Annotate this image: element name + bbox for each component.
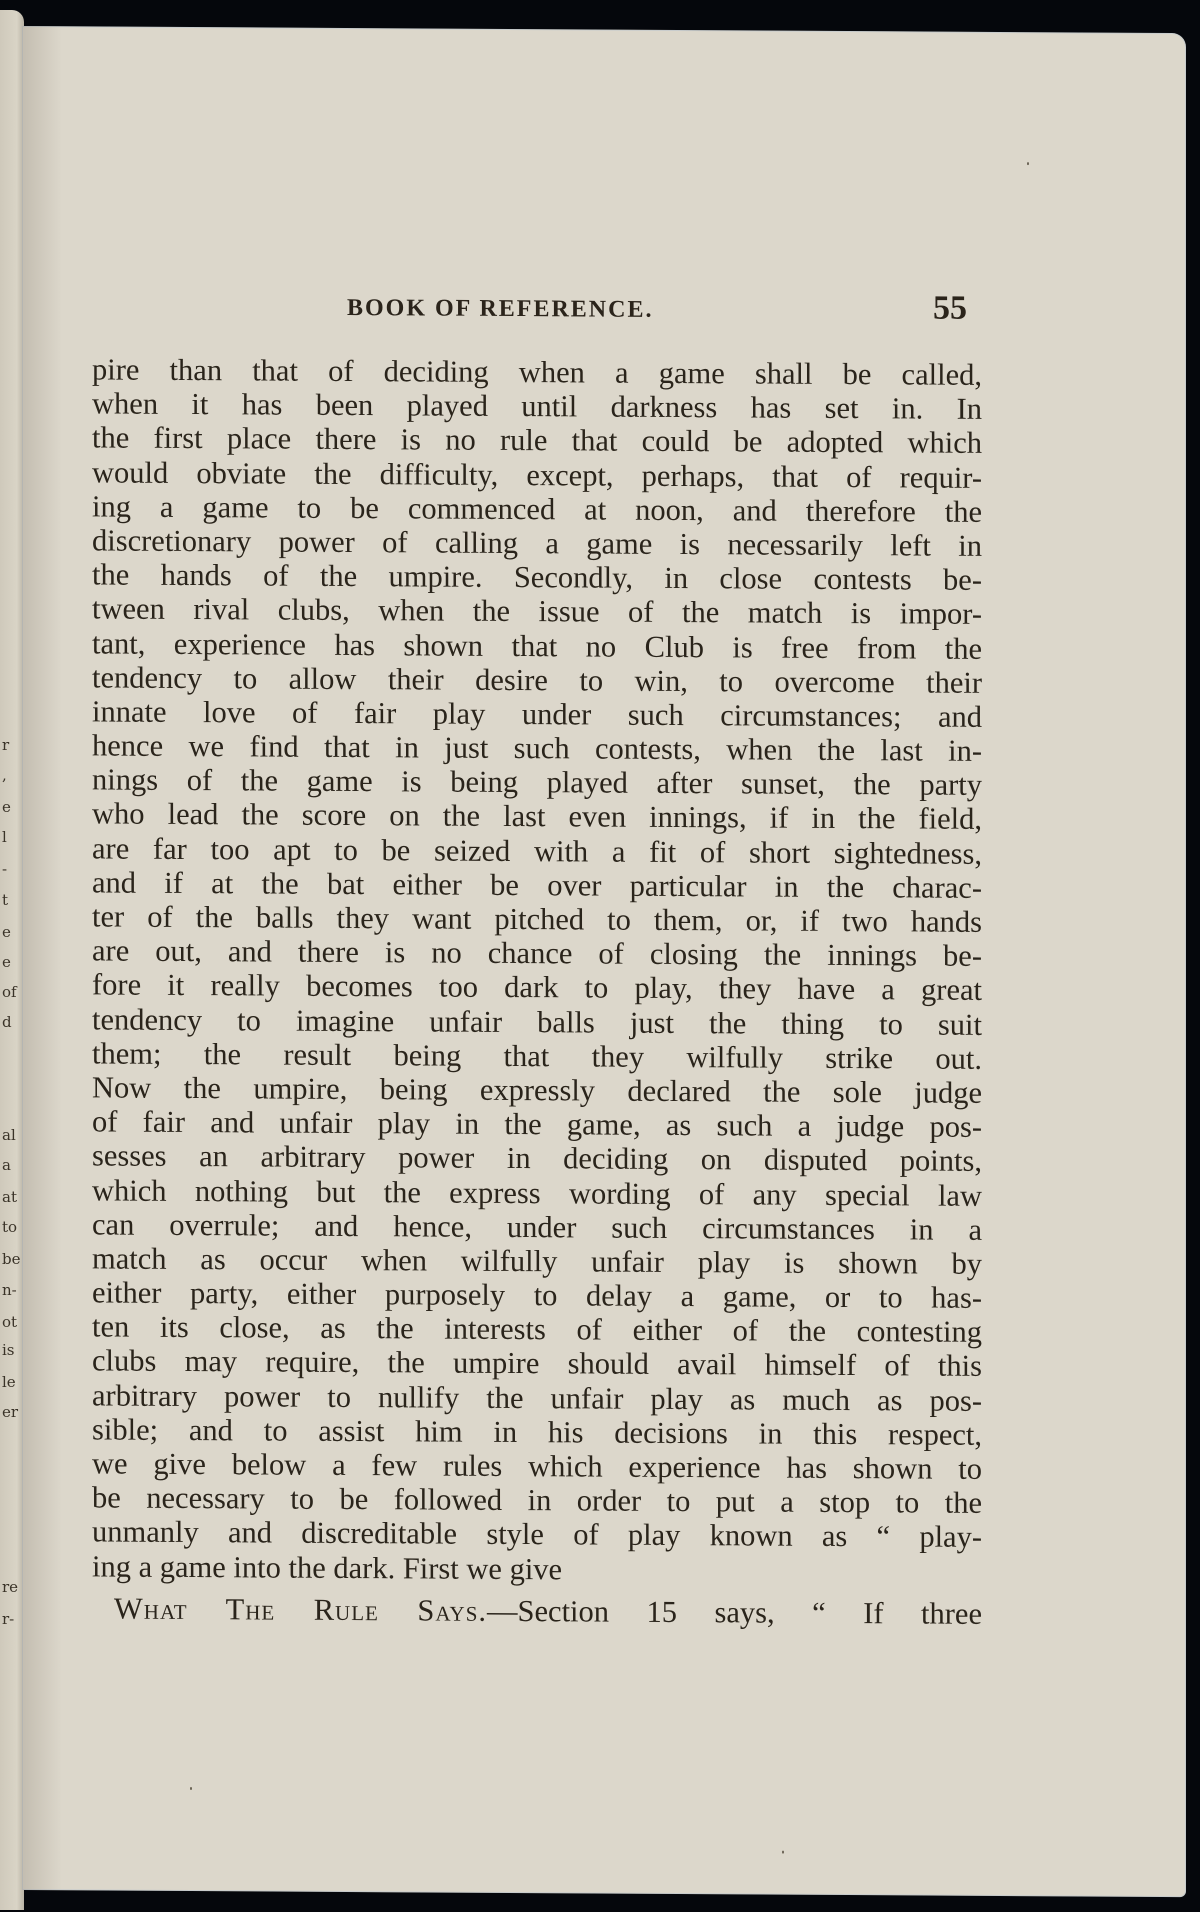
text-line: would obviate the difficulty, except, pe…: [92, 455, 982, 495]
text-line: can overrule; and hence, under such circ…: [92, 1207, 982, 1247]
facing-page-text-fragment: le: [2, 1375, 16, 1390]
book-page: BOOK OF REFERENCE. 55 pire than that of …: [22, 26, 1186, 1897]
section-heading-text: —Section 15 says, “ If three: [487, 1594, 982, 1631]
text-line: ter of the balls they want pitched to th…: [92, 899, 982, 939]
body-text: pire than that of deciding when a game s…: [92, 352, 982, 1630]
facing-page-text-fragment: er: [2, 1405, 18, 1420]
text-line: which nothing but the express wording of…: [92, 1173, 982, 1213]
text-line: sesses an arbitrary power in deciding on…: [92, 1139, 982, 1179]
text-line: who lead the score on the last even inni…: [92, 797, 982, 837]
facing-page-text-fragment: of: [2, 985, 17, 1000]
text-line: innate love of fair play under such circ…: [92, 694, 982, 734]
facing-page-text-fragment: is: [2, 1343, 15, 1358]
text-line: ing a game into the dark. First we give: [92, 1549, 982, 1589]
text-line: Now the umpire, being expressly declared…: [92, 1070, 982, 1110]
facing-page-edge: r,el-teeofdalaattoben-otisleerrer-: [0, 10, 24, 1910]
facing-page-text-fragment: e: [2, 800, 11, 815]
text-line: hence we find that in just such contests…: [92, 728, 982, 768]
paper-speck: [1027, 162, 1029, 165]
facing-page-text-fragment: to: [2, 1220, 17, 1235]
facing-page-text-fragment: e: [2, 925, 11, 940]
facing-page-text-fragment: n-: [2, 1283, 17, 1298]
text-line: clubs may require, the umpire should ava…: [92, 1344, 982, 1384]
text-line: arbitrary power to nullify the unfair pl…: [92, 1378, 982, 1418]
facing-page-text-fragment: al: [2, 1128, 16, 1143]
text-line: tant, experience has shown that no Club …: [92, 626, 982, 666]
page-number: 55: [933, 290, 982, 328]
text-line: them; the result being that they wilfull…: [92, 1036, 982, 1076]
facing-page-text-fragment: re: [2, 1580, 18, 1595]
section-heading-line: What The Rule Says.—Section 15 says, “ I…: [92, 1591, 982, 1631]
text-line: tendency to allow their desire to win, t…: [92, 660, 982, 700]
text-line: when it has been played until darkness h…: [92, 387, 982, 427]
text-line: either party, either purposely to delay …: [92, 1275, 982, 1315]
text-line: and if at the bat either be over particu…: [92, 865, 982, 905]
facing-page-text-fragment: -: [2, 862, 7, 877]
text-line: of fair and unfair play in the game, as …: [92, 1105, 982, 1145]
facing-page-text-fragment: be: [2, 1252, 20, 1267]
text-line: tendency to imagine unfair balls just th…: [92, 1002, 982, 1042]
facing-page-text-fragment: e: [2, 955, 11, 970]
text-line: the first place there is no rule that co…: [92, 421, 982, 461]
facing-page-text-fragment: at: [2, 1190, 17, 1205]
running-head-title: BOOK OF REFERENCE.: [322, 295, 653, 324]
text-line: are far too apt to be seized with a fit …: [92, 831, 982, 871]
text-line: fore it really becomes too dark to play,…: [92, 968, 982, 1008]
paper-speck: [782, 1851, 784, 1854]
scanned-book-spread: r,el-teeofdalaattoben-otisleerrer- BOOK …: [0, 0, 1200, 1912]
facing-page-text-fragment: ,: [2, 768, 7, 783]
text-line: unmanly and discreditable style of play …: [92, 1515, 982, 1555]
text-line: discretionary power of calling a game is…: [92, 523, 982, 563]
text-line: pire than that of deciding when a game s…: [92, 352, 982, 392]
text-line: the hands of the umpire. Secondly, in cl…: [92, 558, 982, 598]
facing-page-text-fragment: a: [2, 1158, 11, 1173]
facing-page-text-fragment: r: [2, 738, 9, 753]
text-line: tween rival clubs, when the issue of the…: [92, 592, 982, 632]
facing-page-text-fragment: d: [2, 1015, 12, 1030]
section-heading-label: What The Rule Says.: [114, 1591, 487, 1627]
facing-page-text-fragment: l: [2, 830, 7, 845]
text-line: ing a game to be commenced at noon, and …: [92, 489, 982, 529]
text-line: nings of the game is being played after …: [92, 763, 982, 803]
facing-page-text-fragment: r-: [2, 1612, 14, 1627]
text-line: ten its close, as the interests of eithe…: [92, 1310, 982, 1350]
paper-speck: [190, 1787, 192, 1790]
text-line: match as occur when wilfully unfair play…: [92, 1241, 982, 1281]
running-header: BOOK OF REFERENCE. 55: [322, 286, 982, 328]
facing-page-text-fragment: t: [2, 893, 8, 908]
text-line: we give below a few rules which experien…: [92, 1446, 982, 1486]
text-line: are out, and there is no chance of closi…: [92, 934, 982, 974]
text-line: be necessary to be followed in order to …: [92, 1481, 982, 1521]
text-line: sible; and to assist him in his decision…: [92, 1412, 982, 1452]
facing-page-text-fragment: ot: [2, 1315, 17, 1330]
